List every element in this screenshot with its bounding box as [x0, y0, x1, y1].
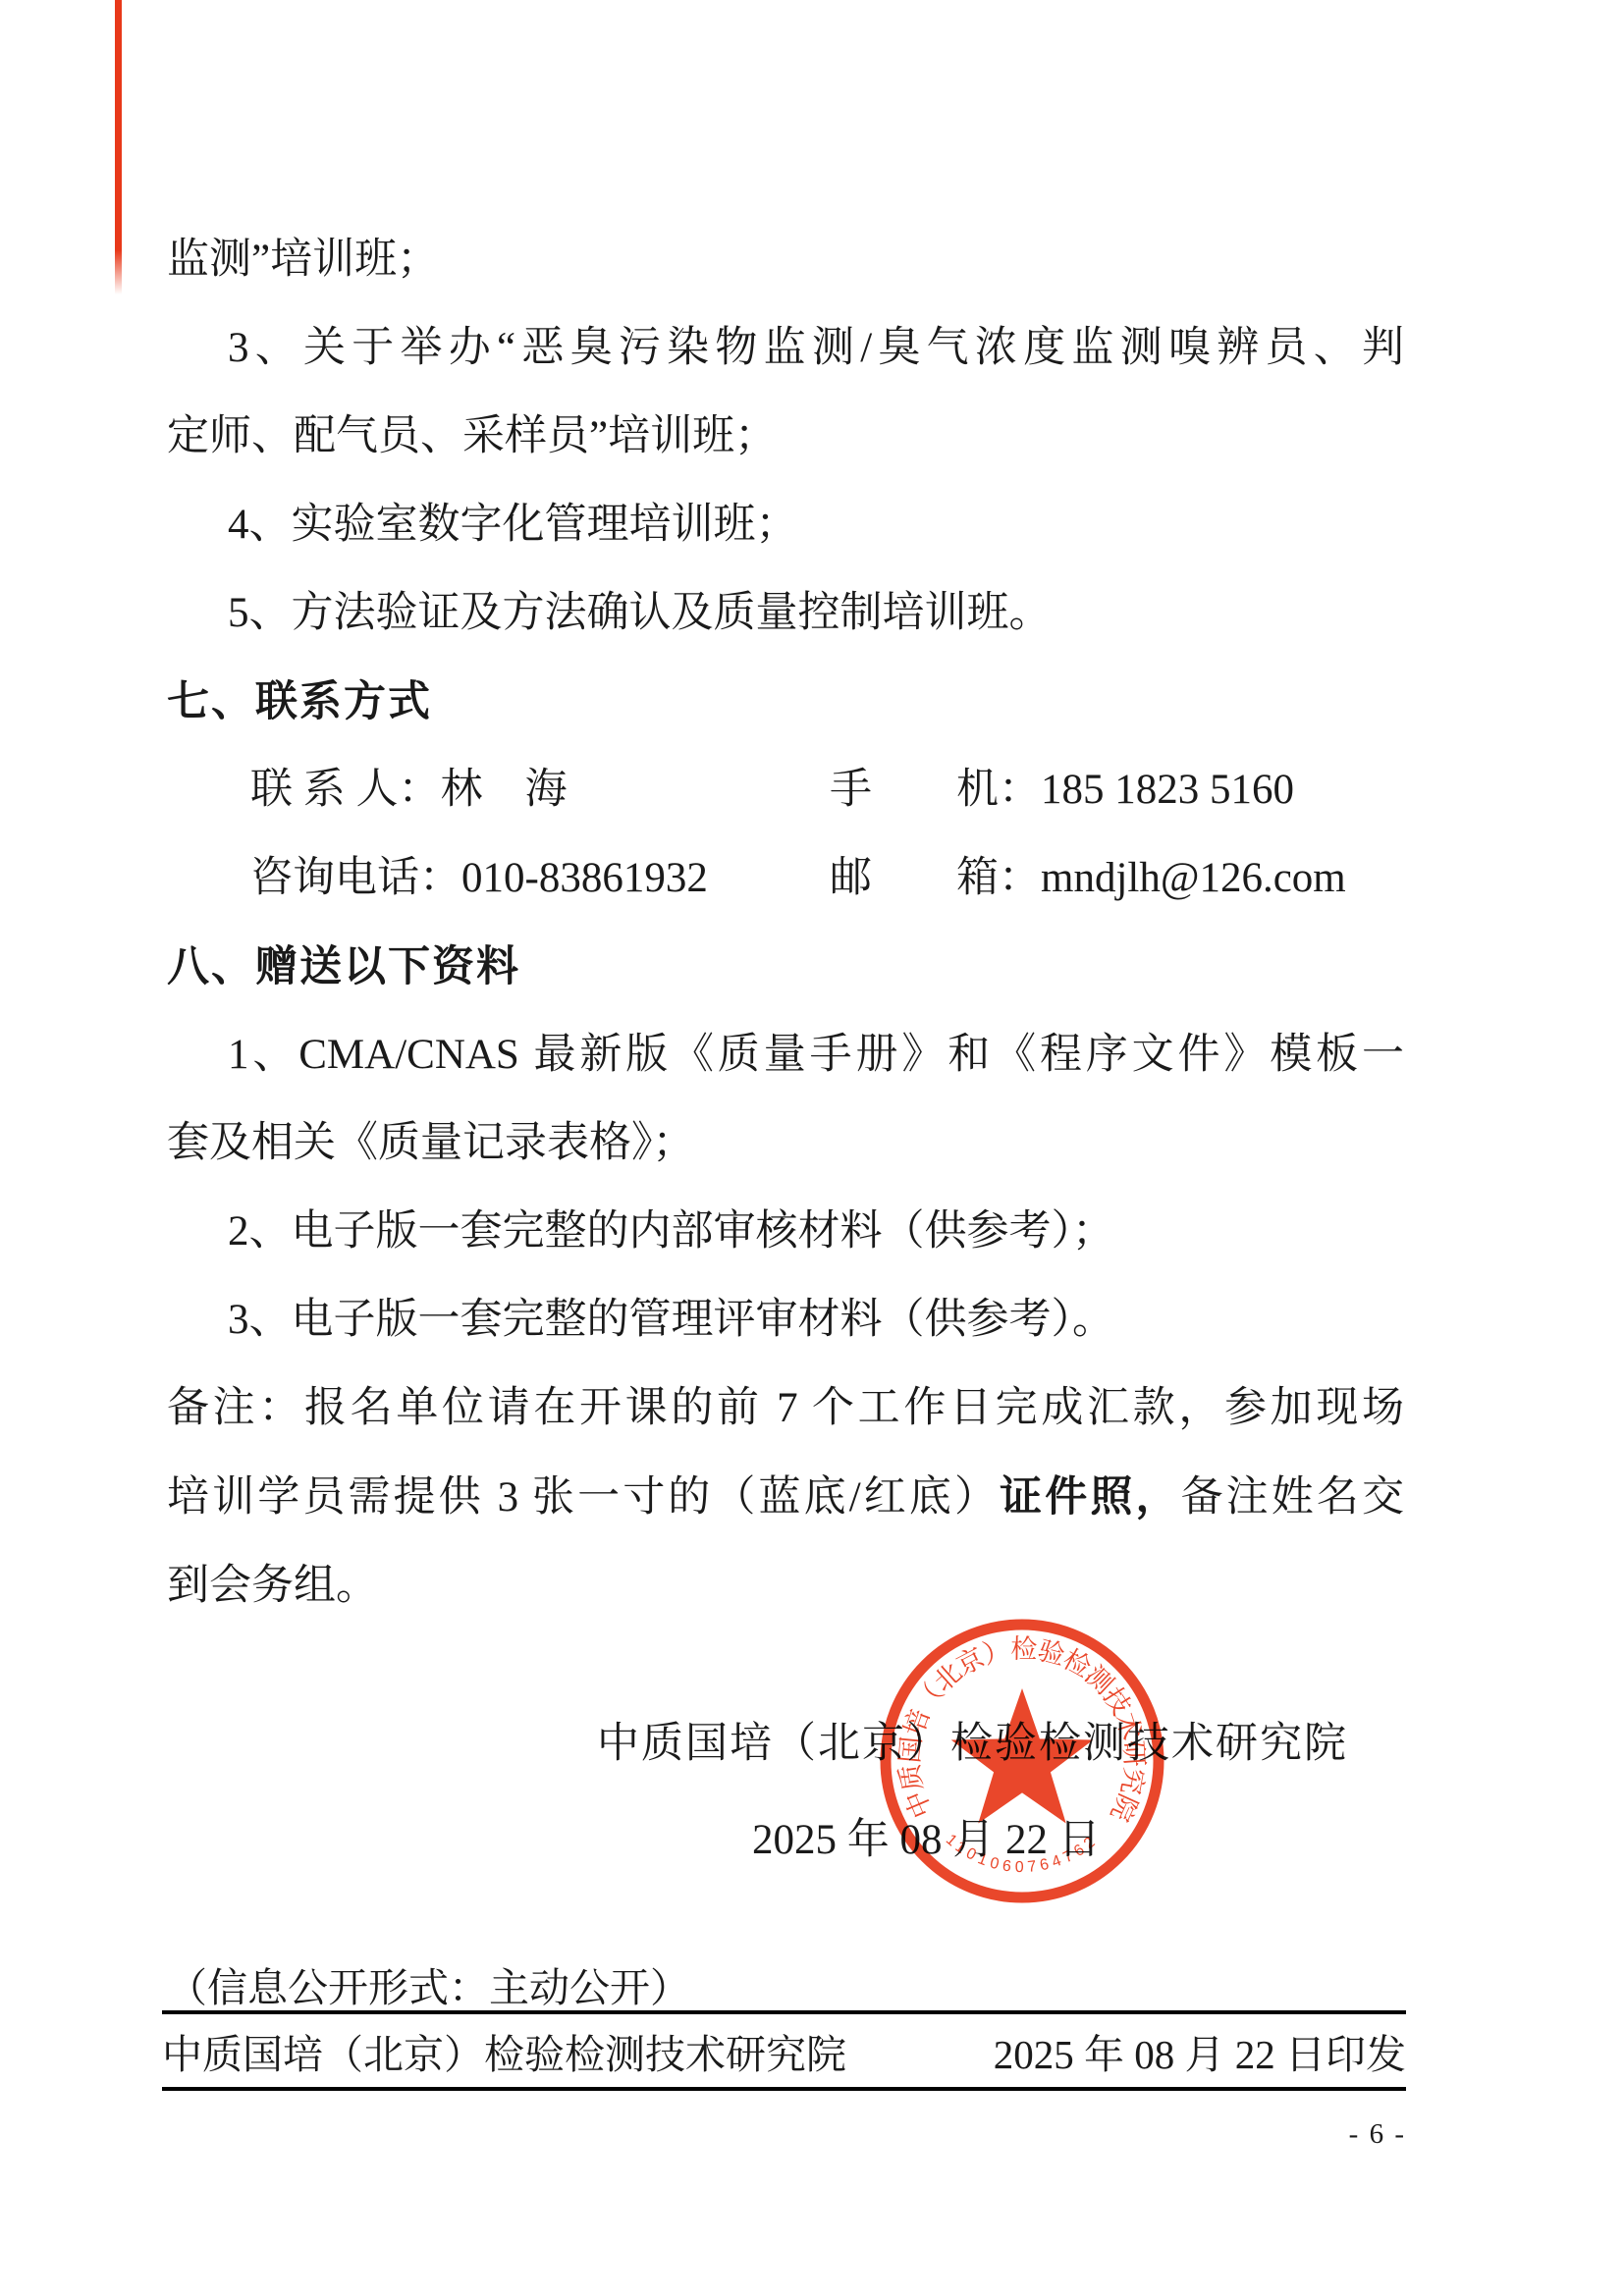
footer-issuer-row: 中质国培（北京）检验检测技术研究院 2025 年 08 月 22 日印发 — [162, 2014, 1406, 2087]
contact-person: 联 系 人：林 海 — [250, 746, 830, 834]
materials-item-2: 2、电子版一套完整的内部审核材料（供参考）； — [167, 1188, 1404, 1276]
document-page: 监测”培训班； 3、关于举办“恶臭污染物监测/臭气浓度监测嗅辨员、判 定师、配气… — [0, 0, 1624, 2296]
list-item-4: 4、实验室数字化管理培训班； — [167, 481, 1404, 569]
materials-item-1-line1: 1、CMA/CNAS 最新版《质量手册》和《程序文件》模板一 — [167, 1011, 1404, 1099]
materials-item-3: 3、电子版一套完整的管理评审材料（供参考）。 — [167, 1276, 1404, 1364]
remark-line-1: 备注：报名单位请在开课的前 7 个工作日完成汇款，参加现场 — [167, 1364, 1404, 1453]
list-item-3-line2: 定师、配气员、采样员”培训班； — [167, 393, 1404, 481]
section-heading-materials: 八、赠送以下资料 — [167, 923, 1404, 1011]
section-heading-contact: 七、联系方式 — [167, 658, 1404, 746]
red-margin-line — [115, 0, 122, 294]
remark-line-3: 到会务组。 — [167, 1542, 1404, 1630]
stamp-serial-number: 1101060764762 — [943, 1832, 1102, 1876]
footer-issuer: 中质国培（北京）检验检测技术研究院 — [162, 2022, 846, 2080]
remark-line-2: 培训学员需提供 3 张一寸的（蓝底/红底）证件照，备注姓名交 — [167, 1453, 1404, 1542]
materials-item-1-line2: 套及相关《质量记录表格》； — [167, 1099, 1404, 1188]
contact-email: 邮 箱：mndjlh@126.com — [830, 834, 1346, 923]
list-item-5: 5、方法验证及方法确认及质量控制培训班。 — [167, 569, 1404, 658]
contact-row-2: 咨询电话：010-83861932 邮 箱：mndjlh@126.com — [167, 834, 1404, 923]
contact-row-1: 联 系 人：林 海 手 机：185 1823 5160 — [167, 746, 1404, 834]
remark-id-photo-bold: 证件照， — [1000, 1473, 1180, 1521]
footer-print-date: 2025 年 08 月 22 日印发 — [994, 2022, 1406, 2080]
document-body: 监测”培训班； 3、关于举办“恶臭污染物监测/臭气浓度监测嗅辨员、判 定师、配气… — [167, 216, 1404, 1630]
list-item-3-line1: 3、关于举办“恶臭污染物监测/臭气浓度监测嗅辨员、判 — [167, 304, 1404, 393]
remark-line-2-pre: 培训学员需提供 3 张一寸的（蓝底/红底） — [167, 1474, 1000, 1521]
disclosure-note: （信息公开形式：主动公开） — [167, 1955, 690, 2013]
paragraph-continuation: 监测”培训班； — [167, 216, 1404, 304]
remark-line-2-post: 备注姓名交 — [1181, 1474, 1404, 1521]
contact-telephone: 咨询电话：010-83861932 — [250, 834, 830, 923]
footer-rule-bottom — [162, 2087, 1406, 2091]
official-stamp: 中质国培（北京）检验检测技术研究院 1101060764762 — [875, 1614, 1169, 1908]
stamp-star-icon — [951, 1688, 1094, 1824]
page-number: - 6 - — [162, 2118, 1406, 2151]
contact-mobile: 手 机：185 1823 5160 — [830, 746, 1294, 834]
